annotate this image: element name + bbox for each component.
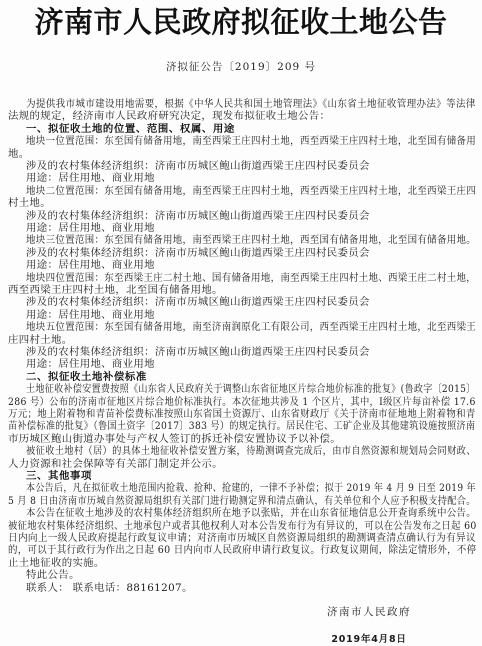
- text-line: 被征收土地村（居）的具体土地征收补偿安置方案，待勘测调查完成后，由市自然资源和规…: [26, 445, 476, 457]
- text-line: 庄四村土地。: [8, 334, 72, 346]
- issuer-signature: 济南市人民政府: [326, 605, 412, 619]
- text-line: 联系人： 联系电话：88161207。: [26, 582, 193, 594]
- text-line: 西至西梁王庄四村土地，北至国有储备用地。: [8, 284, 223, 296]
- text-line: 土地征收补偿安置费按照《山东省人民政府关于调整山东省征地区片综合地价标准的批复》…: [26, 383, 476, 395]
- section-heading: 一、拟征收土地的位置、范围、权属、用途: [26, 123, 235, 135]
- text-line: 地块三位置范围：东至国有储备用地，南至西梁王庄四村土地，西至国有储备用地，北至国…: [26, 234, 476, 246]
- text-line: 用途：居住用地、商业用地: [26, 309, 155, 321]
- text-line: 5 月 8 日由济南市历城自然资源局组织有关部门进行勘测定界和清点确认，有关单位…: [8, 495, 476, 507]
- text-line: 涉及的农村集体经济组织：济南市历城区鲍山街道西梁王庄四村民委员会: [26, 210, 370, 222]
- text-line: 286 号）公布的济南市征地区片综合地价标准执行。本次征地共涉及 1 个区片，其…: [8, 396, 476, 408]
- text-line: 地块一位置范围：东至国有储备用地，南至西梁王庄四村土地，西至西梁王庄四村土地，北…: [26, 135, 476, 147]
- text-line: 地。: [8, 148, 29, 160]
- document-title: 济南市人民政府拟征收土地公告: [0, 4, 482, 40]
- text-line: 地块五位置范围：东至国有储备用地，南至济南润原化工有限公司，西至西梁王庄四村土地…: [26, 321, 476, 333]
- text-line: 本公告后，凡在拟征收土地范围内抢栽、抢种、抢建的，一律不予补偿；拟于 2019 …: [26, 482, 476, 494]
- text-line: 用途：居住用地、商业用地: [26, 222, 155, 234]
- text-line: 本公告在征收土地涉及的农村集体经济组织所在地予以张贴，并在山东省征地信息公开查询…: [26, 507, 476, 519]
- announcement-page: 济南市人民政府拟征收土地公告 济拟征公告〔2019〕209 号 为提供我市城市建…: [0, 0, 482, 646]
- text-line: 法规的规定，经济南市人民政府研究决定，现发布拟征收土地公告：: [8, 110, 330, 122]
- text-line: 特此公告。: [26, 569, 80, 581]
- text-line: 地块四位置范围：东至西梁王庄二村土地、国有储备用地，南至西梁王庄四村土地、西梁王…: [26, 272, 476, 284]
- text-line: 苗补偿标准的批复》（鲁国土资字〔2017〕383 号）的规定执行。居民住宅、工矿…: [8, 420, 475, 432]
- text-line: 用途：居住用地、商业用地: [26, 172, 155, 184]
- text-line: 涉及的农村集体经济组织：济南市历城区鲍山街道西梁王庄四村民委员会: [26, 296, 370, 308]
- text-line: 万元；地上附着物和青苗补偿费标准按照山东省国土资源厅、山东省财政厅《关于济南市征…: [8, 408, 476, 420]
- text-line: 市历城区鲍山街道办事处与产权人签订的拆迁补偿安置协议予以补偿。: [8, 433, 341, 445]
- text-line: 用途：居住用地、商业用地: [26, 358, 155, 370]
- text-line: 村土地。: [8, 197, 51, 209]
- text-line: 的，可以于其行政行为作出之日起 60 日内向市人民政府申请行政复议。行政复议期间…: [8, 544, 476, 556]
- section-heading: 三、其他事项: [26, 470, 92, 482]
- text-line: 为提供我市城市建设用地需要，根据《中华人民共和国土地管理法》《山东省土地征收管理…: [26, 98, 476, 110]
- text-line: 被征地农村集体经济组织、土地承包户或者其他权利人对本公告发布行为有异议的，可以在…: [8, 520, 477, 532]
- text-line: 涉及的农村集体经济组织：济南市历城区鲍山街道西梁王庄四村民委员会: [26, 346, 370, 358]
- text-line: 涉及的农村集体经济组织：济南市历城区鲍山街道西梁王庄四村民委员会: [26, 160, 370, 172]
- text-line: 用途：居住用地、商业用地: [26, 259, 155, 271]
- section-heading: 二、拟征收土地补偿标准: [26, 371, 147, 383]
- text-line: 地块二位置范围：东至国有储备用地，南至西梁王庄四村土地，西至西梁王庄四村土地，北…: [26, 185, 476, 197]
- text-line: 涉及的农村集体经济组织：济南市历城区鲍山街道西梁王庄四村民委员会: [26, 247, 370, 259]
- issue-date: 2019年4月8日: [326, 634, 412, 646]
- text-line: 日内向上一级人民政府提起行政复议申请；对济南市历城区自然资源局组织的勘测调查清点…: [8, 532, 476, 544]
- text-line: 人力资源和社会保障等有关部门制定并公示。: [8, 458, 223, 470]
- text-line: 止土地征收的实施。: [8, 557, 105, 569]
- document-number: 济拟征公告〔2019〕209 号: [0, 60, 482, 74]
